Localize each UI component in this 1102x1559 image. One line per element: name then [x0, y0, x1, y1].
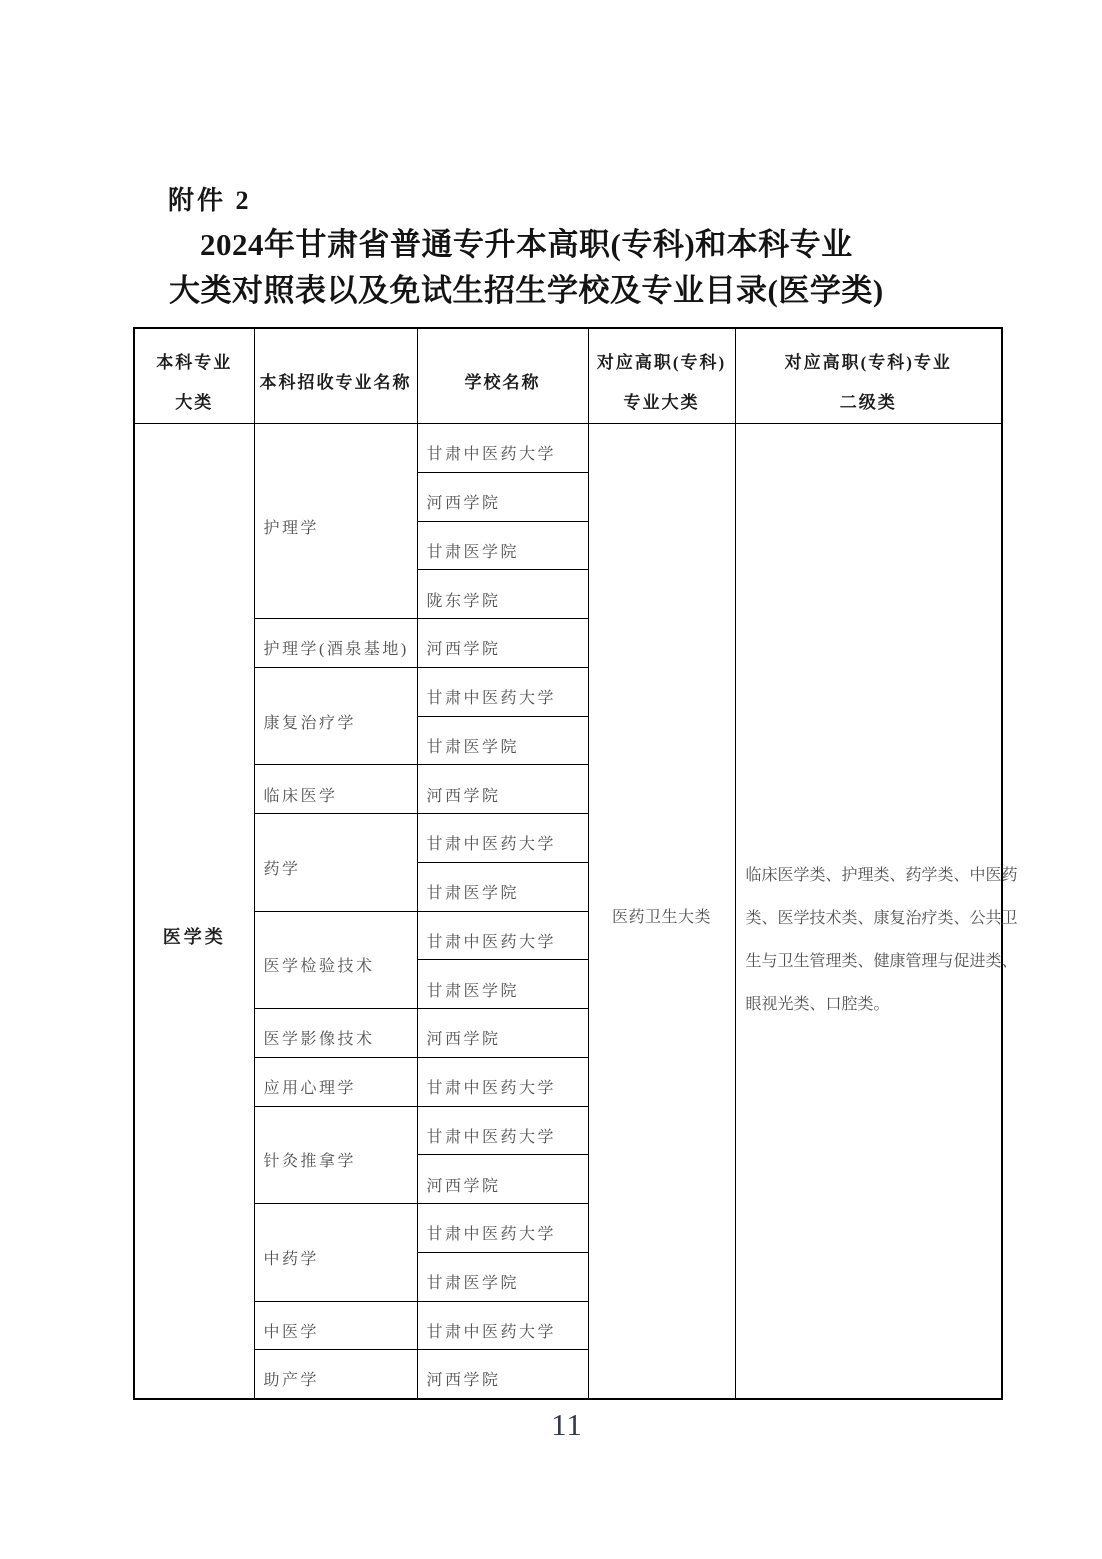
major-cell: 临床医学	[254, 765, 417, 814]
school-cell: 河西学院	[417, 1155, 588, 1204]
major-cell: 护理学	[254, 424, 417, 619]
document-title-line1: 2024年甘肃省普通专升本高职(专科)和本科专业	[200, 228, 853, 262]
header-undergrad-category: 本科专业 大类	[134, 328, 254, 424]
major-cell: 康复治疗学	[254, 667, 417, 765]
school-cell: 甘肃中医药大学	[417, 814, 588, 863]
header-undergrad-category-line2: 大类	[135, 383, 254, 423]
school-cell: 甘肃医学院	[417, 960, 588, 1009]
vocational-subcategory-text: 临床医学类、护理类、药学类、中医药类、医学技术类、康复治疗类、公共卫生与卫生管理…	[746, 854, 1021, 1026]
header-undergrad-category-line1: 本科专业	[135, 343, 254, 383]
major-cell: 中医学	[254, 1301, 417, 1350]
header-vocational-category-line1: 对应高职(专科)	[589, 343, 735, 383]
vocational-subcategory-cell: 临床医学类、护理类、药学类、中医药类、医学技术类、康复治疗类、公共卫生与卫生管理…	[735, 424, 1002, 1399]
school-cell: 河西学院	[417, 619, 588, 668]
category-cell: 医学类	[134, 424, 254, 1399]
major-cell: 护理学(酒泉基地)	[254, 619, 417, 668]
major-cell: 中药学	[254, 1204, 417, 1302]
school-cell: 甘肃医学院	[417, 862, 588, 911]
major-cell: 医学检验技术	[254, 911, 417, 1009]
major-cell: 助产学	[254, 1350, 417, 1399]
major-cell: 医学影像技术	[254, 1009, 417, 1058]
table-row: 医学类 护理学 甘肃中医药大学 医药卫生大类 临床医学类、护理类、药学类、中医药…	[134, 424, 1002, 473]
vocational-category-cell: 医药卫生大类	[588, 424, 735, 1399]
major-cell: 针灸推拿学	[254, 1106, 417, 1204]
attachment-label: 附件 2	[168, 180, 252, 217]
header-undergrad-major-name: 本科招收专业名称	[254, 328, 417, 424]
school-cell: 河西学院	[417, 1350, 588, 1399]
school-cell: 甘肃中医药大学	[417, 424, 588, 473]
header-vocational-subcategory-line1: 对应高职(专科)专业	[736, 343, 1002, 383]
mapping-table: 本科专业 大类 本科招收专业名称 学校名称 对应高职(专科) 专业大类 对应高职…	[133, 327, 1003, 1400]
header-vocational-subcategory-line2: 二级类	[736, 383, 1002, 423]
header-undergrad-major-name-label: 本科招收专业名称	[255, 363, 417, 403]
school-cell: 甘肃中医药大学	[417, 1106, 588, 1155]
school-cell: 陇东学院	[417, 570, 588, 619]
school-cell: 甘肃中医药大学	[417, 1204, 588, 1253]
school-cell: 甘肃中医药大学	[417, 911, 588, 960]
major-cell: 应用心理学	[254, 1057, 417, 1106]
header-vocational-category: 对应高职(专科) 专业大类	[588, 328, 735, 424]
header-school-name: 学校名称	[417, 328, 588, 424]
school-cell: 河西学院	[417, 1009, 588, 1058]
table-header-row: 本科专业 大类 本科招收专业名称 学校名称 对应高职(专科) 专业大类 对应高职…	[134, 328, 1002, 424]
school-cell: 河西学院	[417, 765, 588, 814]
school-cell: 甘肃医学院	[417, 716, 588, 765]
school-cell: 甘肃中医药大学	[417, 1301, 588, 1350]
document-page: 附件 2 2024年甘肃省普通专升本高职(专科)和本科专业 大类对照表以及免试生…	[0, 0, 1102, 1559]
header-vocational-category-line2: 专业大类	[589, 383, 735, 423]
school-cell: 甘肃中医药大学	[417, 1057, 588, 1106]
school-cell: 河西学院	[417, 472, 588, 521]
school-cell: 甘肃医学院	[417, 521, 588, 570]
major-cell: 药学	[254, 814, 417, 912]
header-school-name-label: 学校名称	[418, 363, 588, 403]
school-cell: 甘肃医学院	[417, 1252, 588, 1301]
page-number: 11	[0, 1407, 1102, 1443]
school-cell: 甘肃中医药大学	[417, 667, 588, 716]
document-title-line2: 大类对照表以及免试生招生学校及专业目录(医学类)	[169, 274, 884, 308]
header-vocational-subcategory: 对应高职(专科)专业 二级类	[735, 328, 1002, 424]
